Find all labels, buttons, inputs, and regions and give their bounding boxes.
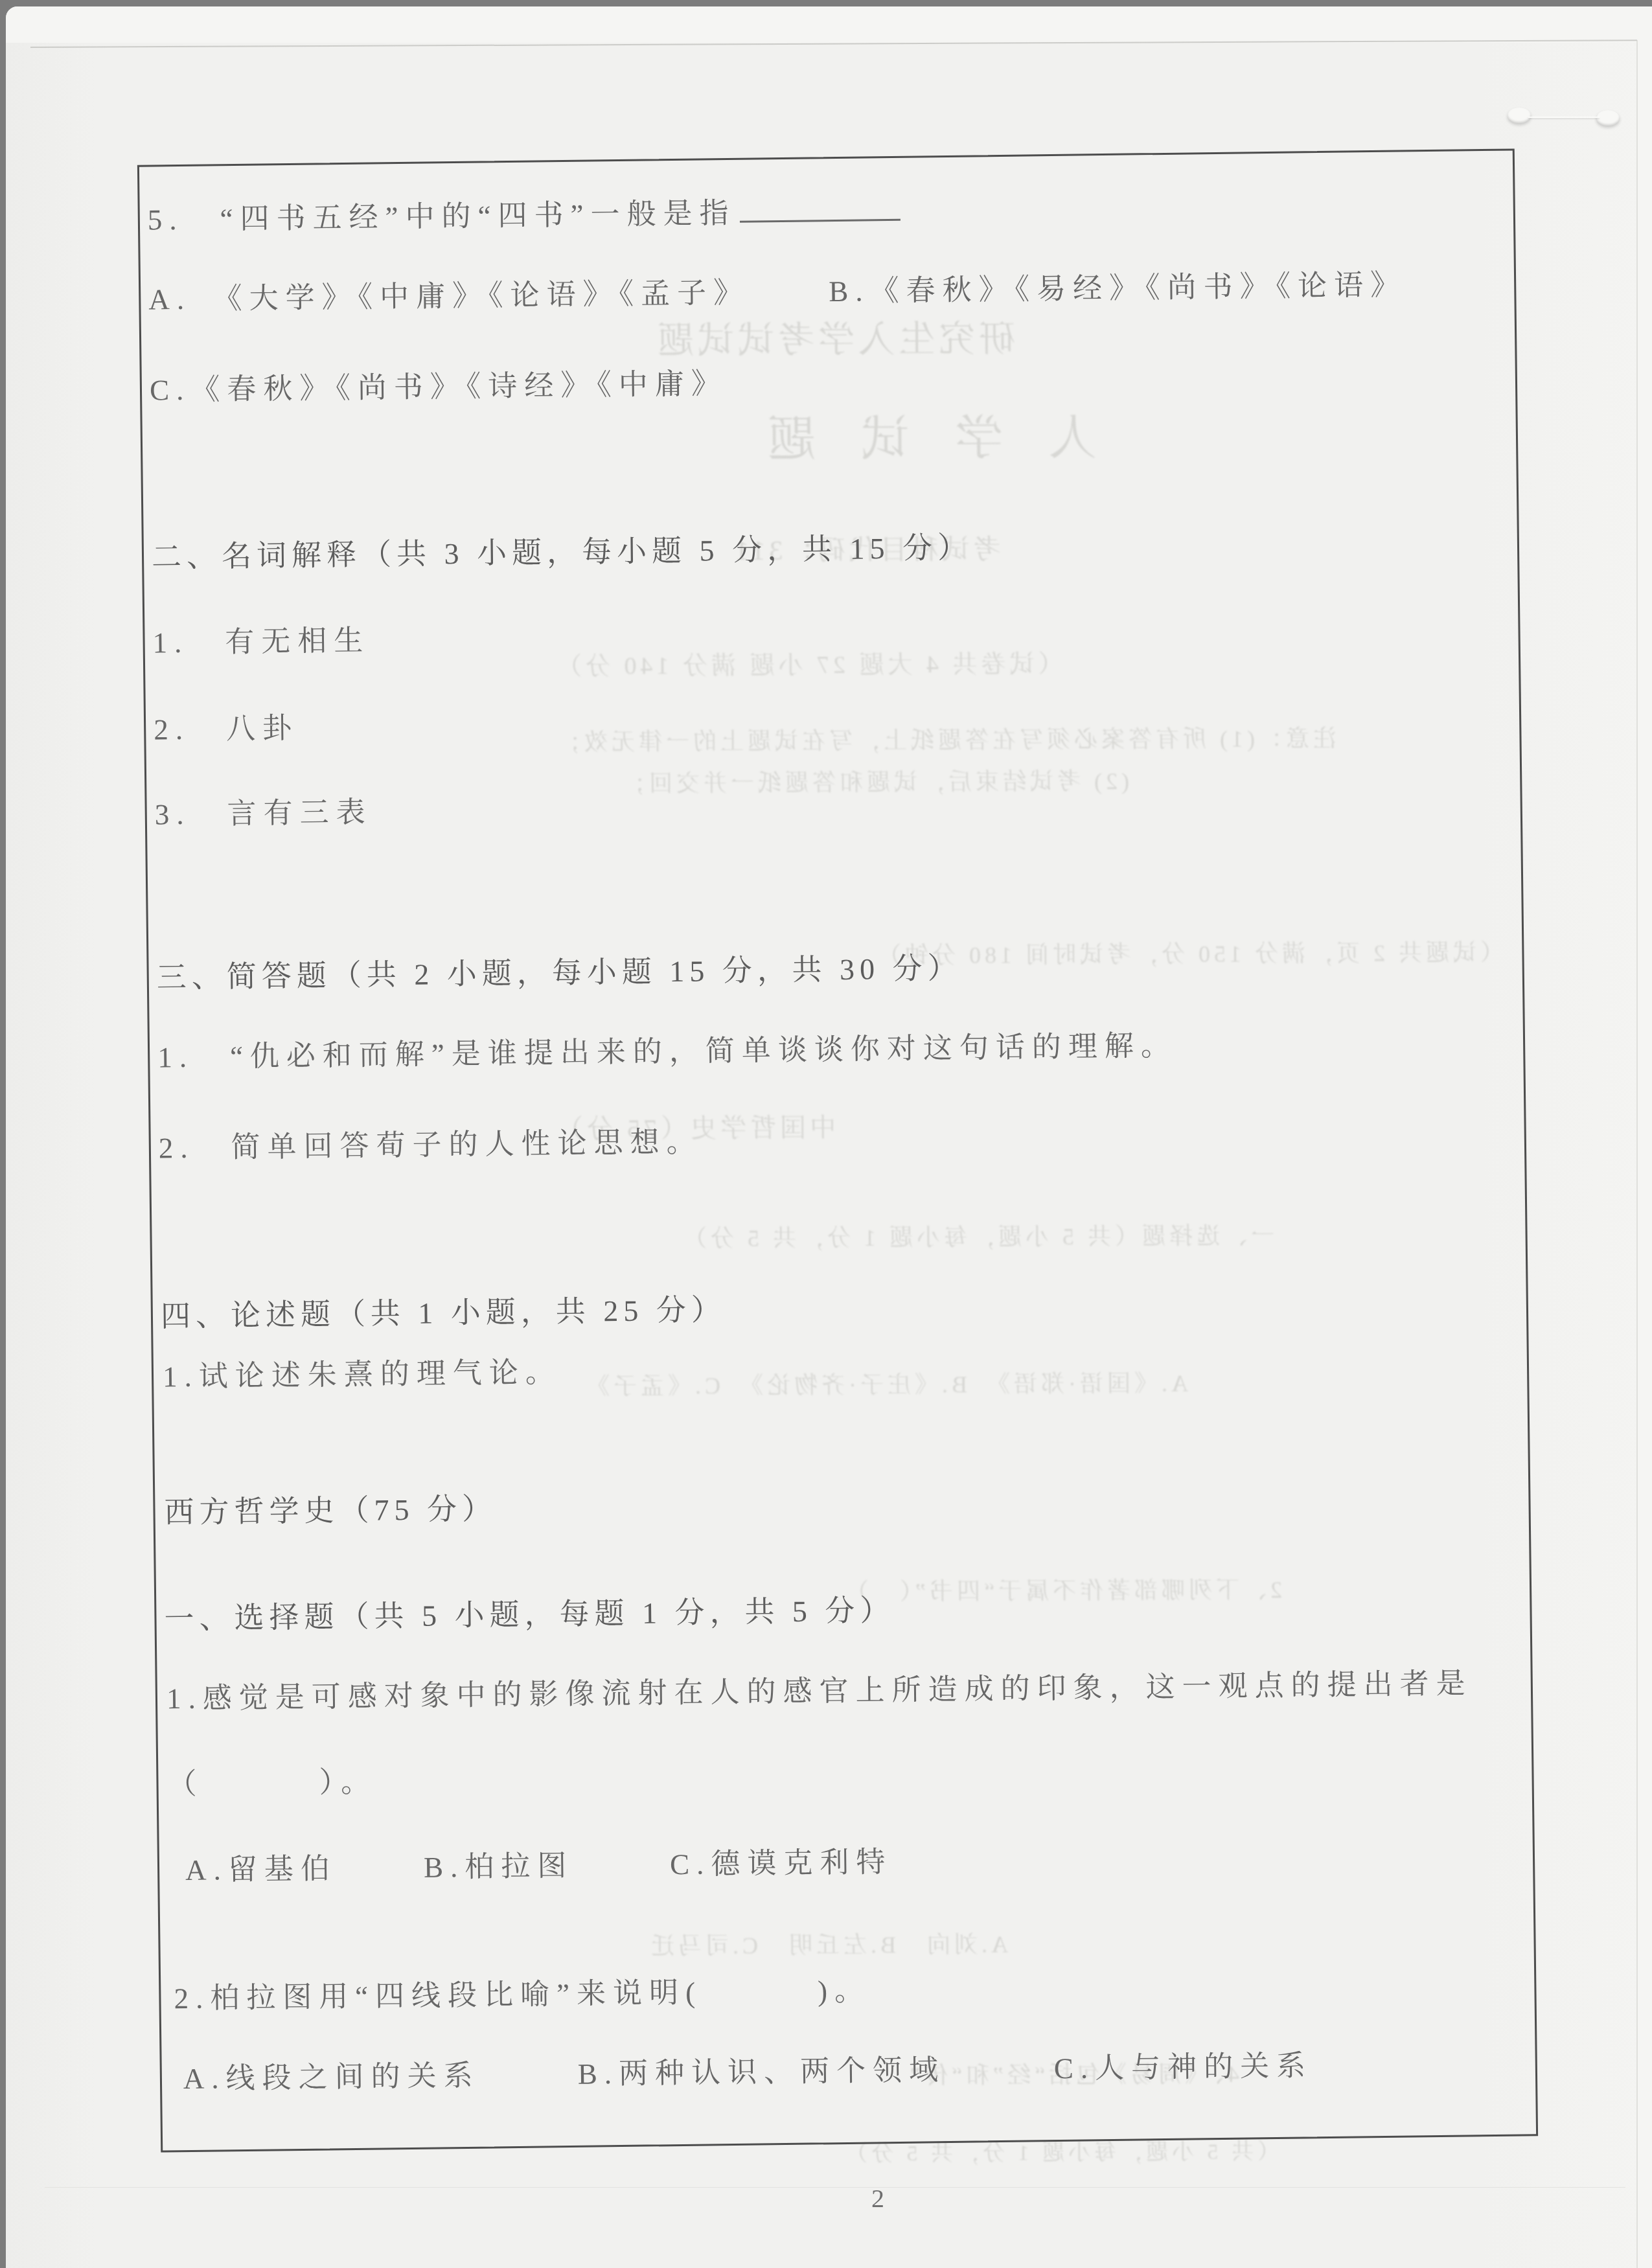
western-section-1-heading: 一、选择题（共 5 小题，每题 1 分，共 5 分） bbox=[164, 1586, 895, 1635]
question-5-options-row1: A. 《大学》《中庸》《论语》《孟子》 B.《春秋》《易经》《尚书》《论语》 bbox=[141, 260, 1515, 316]
copy-top-margin bbox=[6, 6, 1652, 43]
section-4-item-1: 1.试论述朱熹的理气论。 bbox=[163, 1348, 562, 1393]
option-b: B.《春秋》《易经》《尚书》《论语》 bbox=[829, 260, 1406, 310]
western-q1-stem: 1.感觉是可感对象中的影像流射在人的感官上所造成的印象，这一观点的提出者是 bbox=[166, 1659, 1473, 1715]
crease-line bbox=[1528, 117, 1600, 118]
option-c: C.《春秋》《尚书》《诗经》《中庸》 bbox=[150, 367, 728, 407]
western-q2-stem: 2.柏拉图用“四线段比喻”来说明( )。 bbox=[174, 1966, 871, 2015]
western-philosophy-title: 西方哲学史（75 分） bbox=[164, 1485, 497, 1529]
section-3-item-1: 1. “仇必和而解”是谁提出来的，简单谈谈你对这句话的理解。 bbox=[157, 1022, 1177, 1074]
question-5-number: 5. bbox=[148, 203, 184, 237]
option-a: A.留基伯 bbox=[185, 1844, 338, 1888]
question-5: 5.“四书五经”中的“四书”一般是指 bbox=[147, 187, 900, 236]
copy-right-margin bbox=[1638, 6, 1652, 2268]
answer-blank bbox=[739, 188, 901, 223]
section-2-item-2: 2. 八卦 bbox=[154, 704, 299, 746]
section-2-item-3: 3. 言有三表 bbox=[154, 788, 372, 830]
option-c: C.德谟克利特 bbox=[670, 1838, 893, 1883]
page-number: 2 bbox=[871, 2183, 884, 2214]
western-q2-options: A.线段之间的关系 B.两种认识、两个领域 C.人与神的关系 bbox=[161, 2039, 1535, 2095]
section-2-heading: 二、名词解释（共 3 小题，每小题 5 分，共 15 分） bbox=[152, 523, 973, 573]
western-q1-paren: （ ）。 bbox=[167, 1758, 377, 1801]
staple-mark bbox=[1596, 110, 1620, 126]
exam-content-box: 5.“四书五经”中的“四书”一般是指 A. 《大学》《中庸》《论语》《孟子》 B… bbox=[137, 148, 1538, 2152]
option-c: C.人与神的关系 bbox=[1053, 2041, 1313, 2087]
option-a: A.线段之间的关系 bbox=[183, 2052, 479, 2097]
scan-artifact-line bbox=[45, 2187, 1625, 2188]
option-b: B.两种认识、两个领域 bbox=[577, 2046, 945, 2092]
question-5-stem: “四书五经”中的“四书”一般是指 bbox=[220, 197, 735, 235]
scanned-exam-page: 研究生入学考试试题 人 学 试 题 考试科目代码：311 （试卷共 4 大题 2… bbox=[0, 0, 1652, 2268]
section-4-heading: 四、论述题（共 1 小题，共 25 分） bbox=[161, 1286, 727, 1333]
option-b: B.柏拉图 bbox=[424, 1842, 574, 1886]
question-5-options-row2: C.《春秋》《尚书》《诗经》《中庸》 bbox=[150, 360, 728, 407]
paper-sheet: 研究生入学考试试题 人 学 试 题 考试科目代码：311 （试卷共 4 大题 2… bbox=[6, 6, 1652, 2268]
photocopy-edge-right bbox=[1636, 40, 1638, 2268]
section-3-heading: 三、简答题（共 2 小题，每小题 15 分，共 30 分） bbox=[156, 945, 963, 994]
staple-mark bbox=[1508, 108, 1531, 123]
section-2-item-1: 1. 有无相生 bbox=[152, 617, 370, 659]
section-3-item-2: 2. 简单回答荀子的人性论思想。 bbox=[158, 1117, 702, 1164]
option-a: A. 《大学》《中庸》《论语》《孟子》 bbox=[148, 269, 750, 318]
western-q1-options: A.留基伯 B.柏拉图 C.德谟克利特 bbox=[159, 1830, 1533, 1886]
